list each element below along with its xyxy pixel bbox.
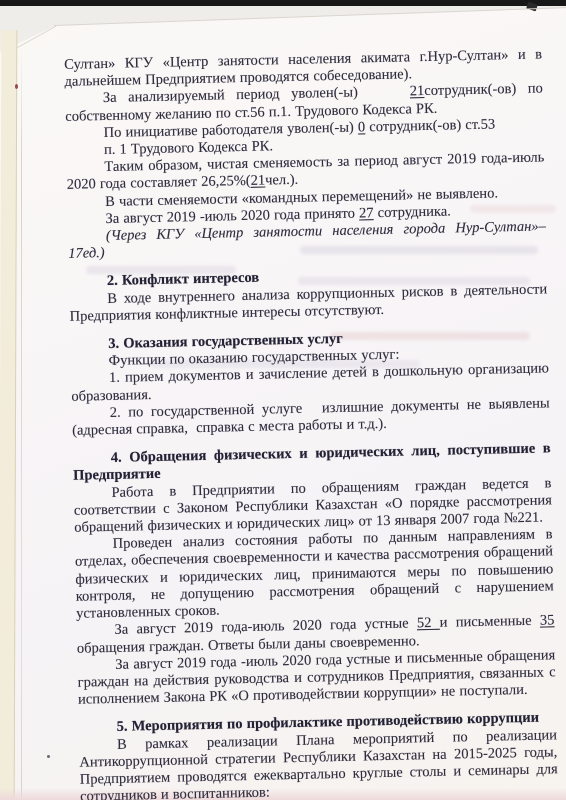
document-text: Султан» КГУ «Центр занятости населения а… <box>64 46 558 800</box>
text-run: сотрудник(-ов) ст.53 <box>365 116 495 135</box>
paragraph: Проведен анализ состояния работы по данн… <box>74 527 554 623</box>
text-run: чел.). <box>265 172 298 189</box>
text-run: 2. Конфликт интересов <box>107 270 260 289</box>
justify-gap <box>358 95 410 97</box>
paper-fold-line <box>21 44 22 800</box>
underlined-value: 52 <box>417 615 440 631</box>
text-run: Предприятие <box>73 466 161 484</box>
justify-gap <box>66 153 104 155</box>
underlined-value: 21 <box>410 83 425 99</box>
underlined-value: 21 <box>250 173 265 189</box>
text-run: В рамках реализации Плана мероприятий по… <box>79 727 558 800</box>
text-run: 4. Обращения физических и юридических ли… <box>111 441 551 467</box>
text-run: сотрудника. <box>373 203 451 221</box>
text-run: За август 2019 года -июль 2020 года устн… <box>77 647 555 708</box>
justify-gap <box>310 411 322 412</box>
scanner-edge-bar <box>0 0 566 6</box>
text-run: п. 1 Трудового Кодекса РК. <box>104 138 273 158</box>
paper-left-fold-strip <box>0 30 17 800</box>
scan-speck <box>47 755 50 758</box>
text-run: Проведен анализ состояния работы по данн… <box>75 527 554 622</box>
underlined-value: 35 <box>540 613 555 629</box>
scan-speck <box>15 84 18 89</box>
paragraph: В рамках реализации Плана мероприятий по… <box>79 727 558 800</box>
underlined-value: 27 <box>359 205 374 221</box>
paragraph: За август 2019 года -июль 2020 года устн… <box>77 647 556 709</box>
text-run: Работа в Предприятии по обращениям гражд… <box>74 475 552 536</box>
text-run: и письменные <box>440 613 541 631</box>
